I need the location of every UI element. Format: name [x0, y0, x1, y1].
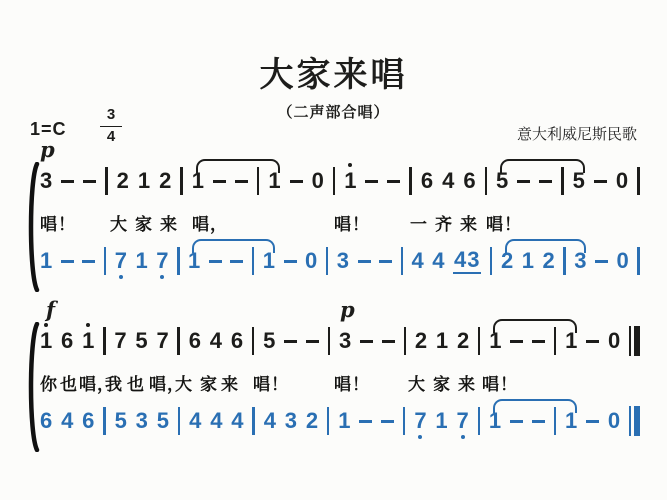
- lyric-syllable: 大家来: [110, 210, 185, 235]
- barline: [252, 407, 255, 435]
- note-1: 1: [565, 410, 577, 432]
- dynamics-row: fp: [0, 297, 667, 321]
- note-3: 3: [285, 410, 297, 432]
- note-7: 7: [114, 330, 126, 352]
- note-3: 3: [339, 330, 351, 352]
- tie-slur-arc: [192, 239, 275, 253]
- duration-dash: [594, 180, 607, 183]
- tie-slur-arc: [505, 239, 586, 253]
- note-7: 7: [456, 410, 468, 432]
- octave-dot-above: [348, 163, 352, 167]
- barline: [403, 407, 406, 435]
- lyric-syllable: 大家来: [408, 370, 483, 395]
- note-7: 7: [414, 410, 426, 432]
- time-signature-numerator: 3: [100, 106, 122, 127]
- note-6: 6: [61, 330, 73, 352]
- duration-dash: [306, 340, 319, 343]
- note-1: 1: [565, 330, 577, 352]
- note-1: 1: [489, 410, 501, 432]
- note-1: 1: [263, 250, 275, 272]
- note-4: 4: [189, 410, 201, 432]
- note-4: 4: [210, 410, 222, 432]
- lyric-syllable: 你: [40, 370, 58, 395]
- note-5: 5: [157, 410, 169, 432]
- duration-dash: [61, 260, 74, 263]
- note-6: 6: [463, 170, 475, 192]
- note-0: 0: [616, 250, 628, 272]
- note-2: 2: [159, 170, 171, 192]
- barline: [103, 327, 106, 355]
- note-2: 2: [306, 410, 318, 432]
- note-1: 1: [344, 170, 356, 192]
- note-0: 0: [305, 250, 317, 272]
- note-2: 2: [457, 330, 469, 352]
- barline: [327, 407, 330, 435]
- dynamic-marking-p: p: [40, 137, 55, 162]
- barline: [478, 407, 481, 435]
- duration-dash: [82, 260, 95, 263]
- note-4: 4: [432, 250, 444, 272]
- note-4: 4: [264, 410, 276, 432]
- note-4: 4: [210, 330, 222, 352]
- barline: [333, 167, 336, 195]
- note-1: 1: [82, 330, 94, 352]
- note-3: 3: [40, 170, 52, 192]
- barline: [637, 247, 640, 275]
- barline: [177, 247, 180, 275]
- note-0: 0: [608, 330, 620, 352]
- note-5: 5: [115, 410, 127, 432]
- duration-dash: [586, 420, 599, 423]
- note-1: 1: [489, 330, 501, 352]
- note-2: 2: [542, 250, 554, 272]
- note-1: 1: [436, 330, 448, 352]
- duration-dash: [387, 180, 400, 183]
- octave-dot-below: [160, 275, 164, 279]
- note-5: 5: [263, 330, 275, 352]
- note-5: 5: [135, 330, 147, 352]
- note-2: 2: [415, 330, 427, 352]
- duration-dash: [586, 340, 599, 343]
- note-6: 6: [231, 330, 243, 352]
- lyric-syllable: 唱！: [482, 370, 518, 395]
- note-1: 1: [40, 250, 52, 272]
- tie-slur-arc: [493, 399, 577, 413]
- note-7: 7: [115, 250, 127, 272]
- barline: [401, 247, 404, 275]
- duration-dash: [532, 340, 545, 343]
- note-0: 0: [608, 410, 620, 432]
- note-6: 6: [40, 410, 52, 432]
- barline: [404, 327, 407, 355]
- note-1: 1: [40, 330, 52, 352]
- note-3: 3: [337, 250, 349, 272]
- duration-dash: [539, 180, 552, 183]
- duration-dash: [284, 340, 297, 343]
- duration-dash: [290, 180, 303, 183]
- note-43: 43: [453, 249, 481, 274]
- note-3: 3: [574, 250, 586, 272]
- barline: [103, 407, 106, 435]
- lyric-syllable: 也: [60, 370, 78, 395]
- duration-dash: [510, 420, 523, 423]
- note-6: 6: [421, 170, 433, 192]
- note-2: 2: [501, 250, 513, 272]
- barline: [478, 327, 481, 355]
- lyric-syllable: 唱！: [486, 210, 522, 235]
- note-6: 6: [189, 330, 201, 352]
- octave-dot-below: [418, 435, 422, 439]
- system-2: fp 16175764653212110 你也唱，我也唱，大家来唱！唱！大家来唱…: [0, 324, 667, 452]
- duration-dash: [532, 420, 545, 423]
- duration-dash: [213, 180, 226, 183]
- voice1-notation-line: 32121101646550: [40, 166, 640, 196]
- note-1: 1: [268, 170, 280, 192]
- barline: [104, 247, 107, 275]
- final-barline: [629, 326, 640, 356]
- lyric-syllable: 家: [200, 370, 218, 395]
- duration-dash: [379, 260, 392, 263]
- duration-dash: [365, 180, 378, 183]
- lyric-syllable: 来: [221, 370, 239, 395]
- dynamic-marking-p: p: [340, 297, 355, 322]
- barline: [252, 327, 255, 355]
- note-4: 4: [61, 410, 73, 432]
- barline: [105, 167, 108, 195]
- duration-dash: [359, 420, 372, 423]
- barline: [177, 327, 180, 355]
- tie-slur-arc: [196, 159, 280, 173]
- duration-dash: [358, 260, 371, 263]
- duration-dash: [235, 180, 248, 183]
- lyrics-line: 你也唱，我也唱，大家来唱！唱！大家来唱！: [0, 370, 667, 394]
- duration-dash: [61, 180, 74, 183]
- voice2-notation-line: 6465354444321717110: [40, 406, 640, 436]
- barline: [490, 247, 493, 275]
- lyric-syllable: 也: [127, 370, 145, 395]
- duration-dash: [230, 260, 243, 263]
- note-0: 0: [616, 170, 628, 192]
- voice2-notation-line: 17171103444321230: [40, 246, 640, 276]
- lyric-syllable: 一齐来: [410, 210, 485, 235]
- lyric-syllable: 我: [105, 370, 123, 395]
- tie-slur-arc: [493, 319, 577, 333]
- lyric-syllable: 唱！: [253, 370, 289, 395]
- final-barline: [629, 406, 640, 436]
- lyric-syllable: 唱！: [40, 210, 76, 235]
- octave-dot-below: [119, 275, 123, 279]
- note-6: 6: [82, 410, 94, 432]
- octave-dot-above: [44, 323, 48, 327]
- note-5: 5: [496, 170, 508, 192]
- note-1: 1: [338, 410, 350, 432]
- octave-dot-above: [86, 323, 90, 327]
- note-2: 2: [117, 170, 129, 192]
- note-5: 5: [573, 170, 585, 192]
- note-1: 1: [192, 170, 204, 192]
- note-3: 3: [136, 410, 148, 432]
- system-1: p 32121101646550 唱！大家来唱，唱！一齐来唱！ 17171103…: [0, 164, 667, 292]
- note-4: 4: [412, 250, 424, 272]
- lyrics-line: 唱！大家来唱，唱！一齐来唱！: [0, 210, 667, 234]
- duration-dash: [382, 340, 395, 343]
- note-7: 7: [156, 250, 168, 272]
- note-4: 4: [442, 170, 454, 192]
- note-1: 1: [188, 250, 200, 272]
- note-1: 1: [522, 250, 534, 272]
- lyric-syllable: 唱！: [334, 370, 370, 395]
- barline: [637, 167, 640, 195]
- dynamics-row: p: [0, 137, 667, 161]
- song-title: 大家来唱: [0, 57, 667, 94]
- barline: [328, 327, 331, 355]
- note-4: 4: [231, 410, 243, 432]
- dynamic-marking-f: f: [46, 297, 55, 322]
- barline: [485, 167, 488, 195]
- octave-dot-below: [461, 435, 465, 439]
- sheet-music-page: 大家来唱 （二声部合唱） 1=C 3 4 意大利威尼斯民歌 p 32121101…: [0, 0, 667, 500]
- duration-dash: [595, 260, 608, 263]
- barline: [180, 167, 183, 195]
- note-1: 1: [138, 170, 150, 192]
- lyric-syllable: 大: [175, 370, 193, 395]
- duration-dash: [83, 180, 96, 183]
- duration-dash: [284, 260, 297, 263]
- note-1: 1: [136, 250, 148, 272]
- duration-dash: [360, 340, 373, 343]
- barline: [178, 407, 181, 435]
- duration-dash: [517, 180, 530, 183]
- tie-slur-arc: [500, 159, 585, 173]
- lyric-syllable: 唱，: [192, 210, 228, 235]
- barline: [409, 167, 412, 195]
- duration-dash: [381, 420, 394, 423]
- barline: [326, 247, 329, 275]
- lyric-syllable: 唱！: [334, 210, 370, 235]
- voice1-notation-line: 16175764653212110: [40, 326, 640, 356]
- duration-dash: [510, 340, 523, 343]
- note-1: 1: [435, 410, 447, 432]
- note-0: 0: [312, 170, 324, 192]
- note-7: 7: [156, 330, 168, 352]
- duration-dash: [209, 260, 222, 263]
